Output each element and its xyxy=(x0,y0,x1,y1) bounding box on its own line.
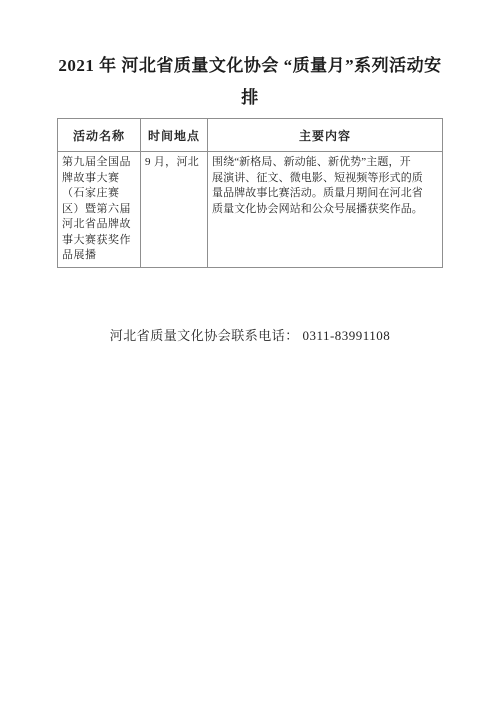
activities-table: 活动名称 时间地点 主要内容 第九届全国品 牌故事大赛 （石家庄赛 区）暨第六届… xyxy=(57,118,443,268)
cell-main-content: 围绕“新格局、新动能、新优势”主题，开 展演讲、征文、微电影、短视频等形式的质 … xyxy=(208,152,443,268)
column-header-time-place: 时间地点 xyxy=(141,119,208,152)
cell-activity-name: 第九届全国品 牌故事大赛 （石家庄赛 区）暨第六届 河北省品牌故 事大赛获奖作 … xyxy=(58,152,141,268)
cell-time-place: 9 月，河北 xyxy=(141,152,208,268)
page-title: 2021 年 河北省质量文化协会 “质量月”系列活动安 排 xyxy=(0,50,500,114)
contact-phone-line: 河北省质量文化协会联系电话： 0311-83991108 xyxy=(0,326,500,346)
column-header-activity-name: 活动名称 xyxy=(58,119,141,152)
column-header-main-content: 主要内容 xyxy=(208,119,443,152)
document-page: 2021 年 河北省质量文化协会 “质量月”系列活动安 排 活动名称 时间地点 … xyxy=(0,0,500,707)
table-row: 第九届全国品 牌故事大赛 （石家庄赛 区）暨第六届 河北省品牌故 事大赛获奖作 … xyxy=(58,152,443,268)
table-header-row: 活动名称 时间地点 主要内容 xyxy=(58,119,443,152)
